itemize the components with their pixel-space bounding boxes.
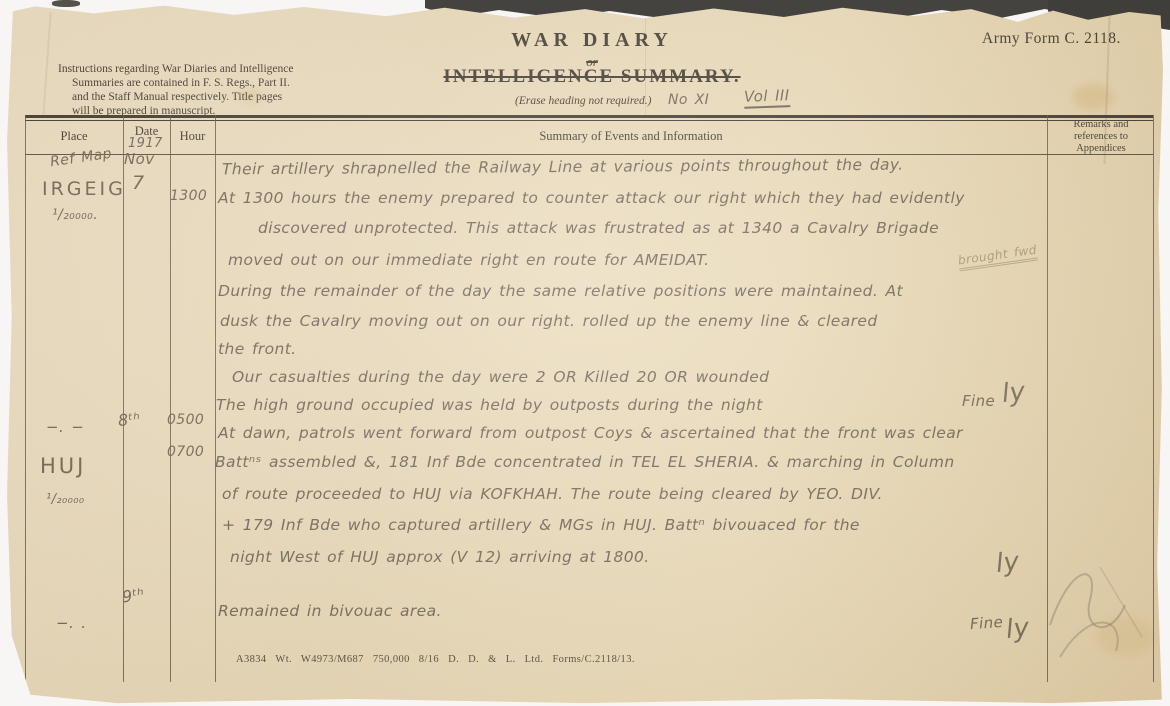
signature-initials: ly [1004, 613, 1030, 645]
column-header-place: Place [25, 129, 123, 144]
summary-line: + 179 Inf Bde who captured artillery & M… [222, 516, 860, 534]
place-entry: ¹/₂₀₀₀₀. [52, 207, 98, 223]
summary-line: Battⁿˢ assembled &, 181 Inf Bde concentr… [215, 453, 955, 471]
form-instructions: Instructions regarding War Diaries and I… [58, 62, 348, 118]
summary-line: moved out on our immediate right en rout… [228, 251, 709, 269]
summary-line: At dawn, patrols went forward from outpo… [218, 424, 963, 442]
paper-crease [42, 12, 51, 117]
place-entry: IRGEIG [42, 178, 126, 200]
summary-line: Our casualties during the day were 2 OR … [232, 368, 769, 386]
printer-imprint: A3834 Wt. W4973/M687 750,000 8/16 D. D. … [236, 654, 635, 665]
place-entry: ¹/₂₀₀₀₀ [46, 492, 84, 507]
table-rule-top-thick [25, 115, 1153, 118]
date-entry: 7 [132, 172, 145, 194]
place-entry: −. . [56, 614, 86, 632]
column-header-hour: Hour [170, 129, 215, 144]
volume-vol-annotation: Vol III [744, 86, 790, 109]
war-diary-title: WAR DIARY [442, 29, 742, 52]
summary-line: dusk the Cavalry moving out on our right… [220, 312, 878, 330]
summary-line: discovered unprotected. This attack was … [258, 219, 939, 237]
instructions-line: Summaries are contained in F. S. Regs., … [58, 76, 348, 90]
signature-initials: ly [1000, 377, 1026, 409]
signature-initials: ly [994, 547, 1020, 579]
summary-line: Remained in bivouac area. [218, 602, 442, 620]
scanned-war-diary-page: Army Form C. 2118. WAR DIARY or INTELLIG… [0, 0, 1170, 706]
date-entry: 9ᵗʰ [121, 585, 146, 607]
date-year-annotation: 1917 [128, 136, 163, 151]
army-form-number: Army Form C. 2118. [982, 30, 1121, 48]
summary-line: Their artillery shrapnelled the Railway … [222, 156, 904, 179]
intelligence-summary-title: INTELLIGENCE SUMMARY. [412, 66, 772, 88]
hour-entry: 0500 [167, 412, 204, 428]
hour-entry: 1300 [170, 188, 207, 204]
summary-line: of route proceeded to HUJ via KOFKHAH. T… [222, 485, 883, 503]
summary-line: The high ground occupied was held by out… [216, 396, 763, 414]
column-header-remarks: Remarks and references to Appendices [1052, 119, 1150, 155]
paper-sheet: Army Form C. 2118. WAR DIARY or INTELLIG… [0, 0, 1170, 706]
instructions-line: and the Staff Manual respectively. Title… [58, 90, 348, 104]
date-entry: Nov [124, 150, 154, 168]
weather-note-fine: Fine [969, 613, 1003, 633]
hour-entry: 0700 [167, 444, 204, 460]
place-entry: Ref Map [49, 146, 113, 170]
place-entry: −. − [46, 418, 84, 436]
summary-line: During the remainder of the day the same… [218, 282, 903, 300]
weather-note-fine: Fine [962, 392, 995, 410]
table-rule-header-bottom [25, 154, 1153, 155]
summary-line: night West of HUJ approx (V 12) arriving… [230, 548, 650, 566]
table-border-left [25, 115, 26, 682]
date-entry: 8ᵗʰ [117, 409, 141, 430]
summary-line: the front. [218, 340, 297, 358]
table-rule-top-thin [25, 120, 1153, 121]
summary-line: At 1300 hours the enemy prepared to coun… [218, 189, 965, 207]
place-entry: HUJ [40, 454, 86, 478]
column-header-summary: Summary of Events and Information [215, 129, 1047, 144]
instructions-line: Instructions regarding War Diaries and I… [58, 62, 348, 76]
erase-heading-note: (Erase heading not required.) [515, 95, 651, 107]
pencil-squiggle [1030, 545, 1160, 675]
pencil-note-brought-fwd: brought fwd [957, 243, 1038, 272]
torn-edge-speck [52, 0, 80, 7]
volume-no-annotation: No XI [668, 92, 709, 108]
